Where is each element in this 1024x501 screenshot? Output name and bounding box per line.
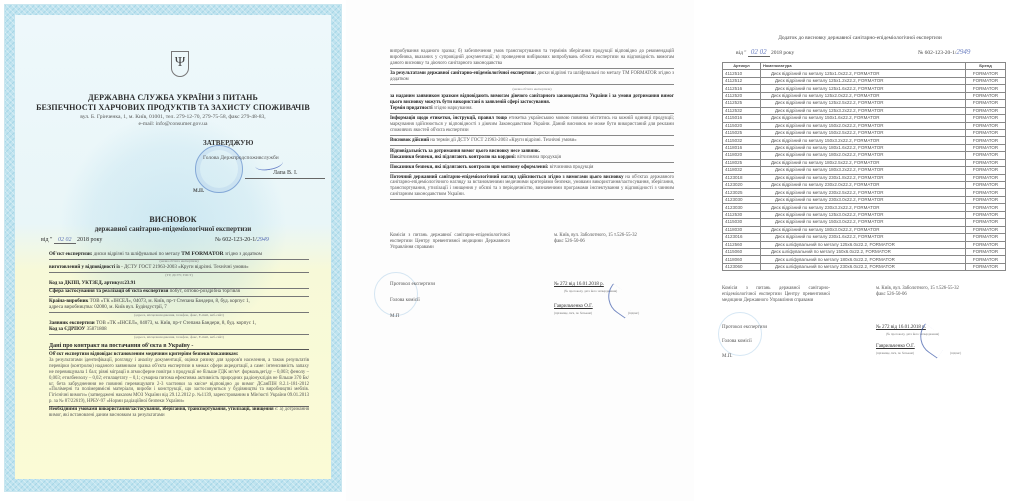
sign-caption: (підпис): [950, 351, 961, 355]
shelf-value: згідно маркування.: [434, 106, 473, 111]
applicant-label: Заявник експертизи: [49, 321, 95, 326]
supervision: Поточний державний санітарно-епідеміолог…: [390, 175, 674, 201]
table-row: 4112530Диск відрізний по металу 125х3.0х…: [723, 211, 1006, 218]
agency-name: ДЕРЖАВНА СЛУЖБА УКРАЇНИ З ПИТАНЬ БЕЗПЕЧН…: [15, 93, 331, 113]
cell-brand: FORMATOR: [966, 263, 1006, 270]
field-made-according: виготовлений у відповідності із - ДСТУ Г…: [49, 265, 309, 273]
edrpou-label: Код за ЄДРПОУ: [49, 327, 85, 332]
table-row: 4123020Диск відрізний по металу 230х2.0х…: [723, 182, 1006, 189]
cell-brand: FORMATOR: [966, 174, 1006, 181]
column-header-nomenclature: Номенклатура: [761, 63, 966, 70]
table-row: 4123016Диск відрізний по металу 230х1.6х…: [723, 234, 1006, 241]
object-caption: (назва об'єкта експертизи): [49, 259, 309, 263]
date-suffix: 2018 року: [77, 237, 102, 243]
chair-label: Голова комісії: [722, 339, 752, 344]
table-row: 4112516Диск відрізний по металу 125х1.6х…: [723, 85, 1006, 92]
cell-article: 4123060: [723, 263, 761, 270]
date-prefix: від ": [41, 237, 53, 243]
compliance-text: за наданим заявником зразком відповідают…: [390, 94, 674, 105]
document-subtitle: державної санітарно-епідеміологічної екс…: [15, 225, 331, 233]
compliance-section: за наданим заявником зразком відповідают…: [390, 94, 674, 106]
cell-article: 4118016: [723, 144, 761, 151]
head-name: Лапа В. І.: [273, 170, 298, 176]
cell-article: 4112560: [723, 241, 761, 248]
cell-brand: FORMATOR: [966, 77, 1006, 84]
supervision-label: Поточний державний санітарно-епідеміолог…: [390, 175, 624, 180]
scope-label: Сфера застосування та реалізації об'єкта…: [49, 289, 168, 294]
table-row: 4115032Диск відрізний по металу 150х3.2х…: [723, 137, 1006, 144]
applicant-value: ТОВ «ТК «ІНСЕЛ», 04073, м. Київ, пр-т Ст…: [96, 321, 256, 326]
date-handwritten: 02 02: [748, 48, 770, 57]
object-tail: згідно з додатком: [225, 252, 262, 257]
table-row: 4118016Диск відрізний по металу 180х1.6х…: [723, 144, 1006, 151]
appendix-date: від " 02 02 2018 року: [736, 48, 794, 56]
table-row: 4118020Диск відрізний по металу 180х2.0х…: [723, 152, 1006, 159]
number-handwritten: 2949: [257, 237, 269, 243]
date-handwritten: 02 02: [54, 237, 76, 244]
cell-brand: FORMATOR: [966, 159, 1006, 166]
protocol-value: № 272 від 16.01.2018 р.: [876, 325, 926, 330]
cell-brand: FORMATOR: [966, 152, 1006, 159]
coat-of-arms-icon: Ψ: [171, 51, 189, 77]
cell-nomenclature: Диск відрізний по металу 180х3.2х22.2, F…: [761, 167, 966, 174]
table-row: 4118060Диск шліфувальний по металу 180х6…: [723, 256, 1006, 263]
faint-stamp-icon: [718, 312, 762, 356]
cell-article: 4115016: [723, 115, 761, 122]
agency-line-2: БЕЗПЕЧНОСТІ ХАРЧОВИХ ПРОДУКТІВ ТА ЗАХИСТ…: [15, 103, 331, 113]
cell-nomenclature: Диск відрізний по металу 150х3.0х22.2, F…: [761, 219, 966, 226]
protocol-label: Протокол експертизи: [390, 282, 435, 287]
made-caption: (ТУ, ДСТУ, ГОСТ): [49, 273, 309, 277]
field-applicant: Заявник експертизи ТОВ «ТК «ІНСЕЛ», 0407…: [49, 321, 309, 335]
agency-address: вул. Б. Грінченка, 1, м. Київ, 01001, те…: [15, 114, 331, 128]
cell-nomenclature: Диск відрізний по металу 125х1.6х22.2, F…: [761, 85, 966, 92]
cell-nomenclature: Диск відрізний по металу 180х3.0х22.2, F…: [761, 226, 966, 233]
appendix-number: № 602-123-20-1/2949: [918, 48, 970, 56]
cell-article: 4115032: [723, 137, 761, 144]
table-row: 4118032Диск відрізний по металу 180х3.2х…: [723, 167, 1006, 174]
country-caption: (адреса, місцезнаходження, телефон, факс…: [49, 313, 309, 317]
cell-nomenclature: Диск відрізний по металу 230х1.6х22.2, F…: [761, 234, 966, 241]
number-prefix: № 602-123-20-1/: [918, 50, 956, 56]
cell-brand: FORMATOR: [966, 248, 1006, 255]
cell-article: 4112510: [723, 70, 761, 77]
commission-contacts: м. Київ, вул. Заболотного, 15 т.526-55-3…: [876, 286, 959, 298]
object-value: диски відрізні та шліфувальні по металу: [94, 252, 180, 257]
sign-caption: (підпис): [628, 311, 639, 315]
cell-brand: FORMATOR: [966, 241, 1006, 248]
cell-brand: FORMATOR: [966, 256, 1006, 263]
cell-brand: FORMATOR: [966, 137, 1006, 144]
commission-name: Комісія з питань державної санітарно-епі…: [722, 286, 830, 304]
table-row: 4115025Диск відрізний по металу 150х2.5х…: [723, 129, 1006, 136]
cell-brand: FORMATOR: [966, 219, 1006, 226]
cell-article: 4112530: [723, 211, 761, 218]
cell-article: 4112516: [723, 85, 761, 92]
cell-article: 4123030: [723, 196, 761, 203]
chair-caption: (прізвище, ім'я, по батькові): [876, 351, 914, 355]
cell-brand: FORMATOR: [966, 85, 1006, 92]
commission-contacts: м. Київ, вул. Заболотного, 15 т.526-55-3…: [554, 233, 637, 245]
cell-article: 4118030: [723, 226, 761, 233]
cell-nomenclature: Диск шліфувальний по металу 150х6.0х22.2…: [761, 248, 966, 255]
cell-brand: FORMATOR: [966, 122, 1006, 129]
table-row: 4115020Диск відрізний по металу 150х2.0х…: [723, 122, 1006, 129]
seal-place: М.П.: [193, 189, 204, 194]
country-value: ТОВ «ТК «ІНСЕЛ», 04073, м. Київ, пр-т Ст…: [90, 299, 250, 304]
chair-label: Голова комісії: [390, 298, 420, 303]
cell-brand: FORMATOR: [966, 226, 1006, 233]
column-header-article: Артикул: [723, 63, 761, 70]
responsibility-text: Відповідальність за дотримання вимог цьо…: [390, 149, 540, 154]
chair-name: Гаврильченко О.Г.: [554, 304, 593, 309]
cell-article: 4123030: [723, 204, 761, 211]
cell-article: 4112525: [723, 100, 761, 107]
table-row: 4112512Диск відрізний по металу 125х1.2х…: [723, 77, 1006, 84]
code-label: Код за ДКПП, УКТЗЕД, артикул:: [49, 281, 124, 286]
cell-nomenclature: Диск відрізний по металу 150х3.2х22.2, F…: [761, 137, 966, 144]
cell-nomenclature: Диск відрізний по металу 125х2.0х22.2, F…: [761, 92, 966, 99]
field-code: Код за ДКПП, УКТЗЕД, артикул:23.91: [49, 281, 309, 289]
chair-caption: (прізвище, ім'я, по батькові): [554, 311, 592, 315]
cell-article: 4115020: [723, 122, 761, 129]
cell-article: 4123018: [723, 174, 761, 181]
address-line: вул. Б. Грінченка, 1, м. Київ, 01001, те…: [15, 114, 331, 121]
border-value: вітчизняна продукція: [517, 155, 561, 160]
criteria-body: За результатами ідентифікації, розгляду …: [49, 358, 309, 404]
protocol-label: Протокол експертизи: [722, 325, 767, 330]
cell-nomenclature: Диск відрізний по металу 230х3.0х22.2, F…: [761, 196, 966, 203]
cell-nomenclature: Диск відрізний по металу 150х2.0х22.2, F…: [761, 122, 966, 129]
document-title: ВИСНОВОК: [15, 215, 331, 224]
email-line: e-mail: info@consumer.gov.ua: [15, 121, 331, 128]
made-label: виготовлений у відповідності із: [49, 265, 120, 270]
cell-nomenclature: Диск відрізний по металу 125х1.0х22.2, F…: [761, 70, 966, 77]
number-prefix: № 602-123-20-1/: [215, 237, 257, 243]
applicant-caption: (адреса, місцезнаходження, телефон, факс…: [49, 335, 309, 339]
field-scope: Сфера застосування та реалізації об'єкта…: [49, 289, 309, 297]
table-row: 4115016Диск відрізний по металу 150х1.6х…: [723, 115, 1006, 122]
table-header-row: Артикул Номенклатура Бренд: [723, 63, 1006, 70]
cell-brand: FORMATOR: [966, 234, 1006, 241]
seal-place: М.П: [390, 314, 399, 319]
border-label: Показники безпеки, які підлягають контро…: [390, 155, 516, 160]
cell-nomenclature: Диск відрізний по металу 230х2.5х22.2, F…: [761, 189, 966, 196]
table-row: 4123060Диск шліфувальний по металу 230х6…: [723, 263, 1006, 270]
cell-article: 4123016: [723, 234, 761, 241]
labeling-label: Інформація щодо етикетки, інструкції, пр…: [390, 116, 507, 121]
cell-nomenclature: Диск відрізний по металу 230х1.8х22.2, F…: [761, 174, 966, 181]
cell-nomenclature: Диск шліфувальний по металу 125х6.0х22.2…: [761, 241, 966, 248]
column-header-brand: Бренд: [966, 63, 1006, 70]
table-row: 4115030Диск відрізний по металу 150х3.0х…: [723, 219, 1006, 226]
testing-paragraph: випробування наданого зразка; б) забезпе…: [390, 49, 674, 69]
date-prefix: від ": [736, 50, 747, 56]
shelf-life: Термін придатності згідно маркування.: [390, 106, 674, 114]
cell-article: 4123025: [723, 189, 761, 196]
cell-article: 4118020: [723, 152, 761, 159]
cell-article: 4112520: [723, 92, 761, 99]
commission-name: Комісія з питань державної санітарно-епі…: [390, 233, 510, 251]
cell-article: 4112532: [723, 107, 761, 114]
cell-brand: FORMATOR: [966, 204, 1006, 211]
agency-line-1: ДЕРЖАВНА СЛУЖБА УКРАЇНИ З ПИТАНЬ: [15, 93, 331, 103]
criteria-heading: Об'єкт експертизи відповідає встановлени…: [49, 352, 238, 357]
cell-nomenclature: Диск відрізний по металу 150х2.5х22.2, F…: [761, 129, 966, 136]
cell-brand: FORMATOR: [966, 70, 1006, 77]
cell-brand: FORMATOR: [966, 92, 1006, 99]
labeling-info: Інформація щодо етикетки, інструкції, пр…: [390, 116, 674, 136]
cell-brand: FORMATOR: [966, 115, 1006, 122]
customs-label: Показники безпеки, які підлягають контро…: [390, 165, 548, 170]
cell-nomenclature: Диск відрізний по металу 125х1.2х22.2, F…: [761, 77, 966, 84]
table-row: 4123018Диск відрізний по металу 230х1.8х…: [723, 174, 1006, 181]
cell-brand: FORMATOR: [966, 196, 1006, 203]
code-value: 23.91: [124, 281, 135, 286]
cell-nomenclature: Диск відрізний по металу 230х3.2х22.2, F…: [761, 204, 966, 211]
cell-brand: FORMATOR: [966, 107, 1006, 114]
cell-article: 4115025: [723, 129, 761, 136]
cell-article: 4115030: [723, 219, 761, 226]
criteria-section: Об'єкт експертизи відповідає встановлени…: [49, 352, 309, 419]
table-row: 4112560Диск шліфувальний по металу 125х6…: [723, 241, 1006, 248]
commission-fax: факс 526-50-06: [876, 292, 959, 298]
object-label: Об'єкт експертизи:: [49, 252, 92, 257]
validity-label: Висновок дійсний: [390, 138, 429, 143]
edrpou-value: 35871808: [87, 327, 107, 332]
certificate-body: Ψ ДЕРЖАВНА СЛУЖБА УКРАЇНИ З ПИТАНЬ БЕЗПЕ…: [15, 15, 331, 479]
certificate-page-1: Ψ ДЕРЖАВНА СЛУЖБА УКРАЇНИ З ПИТАНЬ БЕЗПЕ…: [4, 4, 342, 492]
cell-brand: FORMATOR: [966, 100, 1006, 107]
made-value: - ДСТУ ГОСТ 21963-2003 «Круги відрізні. …: [121, 265, 249, 270]
table-row: 4123030Диск відрізний по металу 230х3.0х…: [723, 196, 1006, 203]
appendix-title: Додаток до висновку державної санітарно-…: [696, 35, 1024, 41]
signature-line: [245, 178, 325, 179]
appendix-page: Додаток до висновку державної санітарно-…: [696, 0, 1024, 501]
faint-stamp-icon: [374, 272, 418, 316]
shelf-label: Термін придатності: [390, 106, 433, 111]
customs-value: вітчизняна продукція: [550, 165, 594, 170]
customs-control: Показники безпеки, які підлягають контро…: [390, 165, 674, 173]
date-suffix: 2018 року: [771, 50, 794, 56]
cell-article: 4123020: [723, 182, 761, 189]
country-label: Країна-виробник: [49, 299, 88, 304]
object-trademark: TM FORMATOR: [181, 251, 223, 257]
table-row: 4112520Диск відрізний по металу 125х2.0х…: [723, 92, 1006, 99]
cell-article: 4118060: [723, 256, 761, 263]
commission-fax: факс 526-50-06: [554, 239, 637, 245]
table-row: 4123025Диск відрізний по металу 230х2.5х…: [723, 189, 1006, 196]
cell-brand: FORMATOR: [966, 211, 1006, 218]
cell-nomenclature: Диск шліфувальний по металу 180х6.0х22.2…: [761, 256, 966, 263]
result-section: За результатами державної санітарно-епід…: [390, 71, 674, 85]
cell-nomenclature: Диск відрізний по металу 125х3.0х22.2, F…: [761, 211, 966, 218]
certificate-page-2: випробування наданого зразка; б) забезпе…: [346, 0, 694, 501]
cell-nomenclature: Диск шліфувальний по металу 230х6.0х22.2…: [761, 263, 966, 270]
result-label: За результатами державної санітарно-епід…: [390, 71, 536, 76]
cell-brand: FORMATOR: [966, 167, 1006, 174]
cell-nomenclature: Диск відрізний по металу 180х1.6х22.2, F…: [761, 144, 966, 151]
cell-article: 4118025: [723, 159, 761, 166]
cell-article: 4112512: [723, 77, 761, 84]
protocol-value: № 272 від 16.01.2018 р.: [554, 282, 604, 287]
issue-date: від " 02 02 2018 року: [41, 237, 102, 243]
cell-brand: FORMATOR: [966, 189, 1006, 196]
document-number: № 602-123-20-1/2949: [215, 237, 269, 243]
cell-article: 4115060: [723, 248, 761, 255]
nomenclature-table: Артикул Номенклатура Бренд 4112510Диск в…: [722, 62, 1006, 271]
cell-nomenclature: Диск відрізний по металу 230х2.0х22.2, F…: [761, 182, 966, 189]
table-row: 4115060Диск шліфувальний по металу 150х6…: [723, 248, 1006, 255]
cell-brand: FORMATOR: [966, 129, 1006, 136]
country-value-2: адреса виробництва: 02000, м. Київ вул. …: [49, 305, 167, 310]
cell-nomenclature: Диск відрізний по металу 125х3.2х22.2, F…: [761, 107, 966, 114]
cell-nomenclature: Диск відрізний по металу 125х2.5х22.2, F…: [761, 100, 966, 107]
page2-body: випробування наданого зразка; б) забезпе…: [390, 49, 674, 202]
cell-brand: FORMATOR: [966, 182, 1006, 189]
border-control: Показники безпеки, які підлягають контро…: [390, 155, 674, 163]
table-row: 4118025Диск відрізний по металу 180х2.5х…: [723, 159, 1006, 166]
table-body: 4112510Диск відрізний по металу 125х1.0х…: [723, 70, 1006, 271]
table-row: 4123030Диск відрізний по металу 230х3.2х…: [723, 204, 1006, 211]
table-row: 4112532Диск відрізний по металу 125х3.2х…: [723, 107, 1006, 114]
validity: Висновок дійсний на термін дії ДСТУ ГОСТ…: [390, 138, 674, 146]
chair-name: Гаврильченко О.Г.: [876, 344, 915, 349]
number-handwritten: 2949: [956, 48, 970, 56]
contract-heading: Дані про контракт на постачання об'єкта …: [49, 343, 309, 350]
field-country: Країна-виробник ТОВ «ТК «ІНСЕЛ», 04073, …: [49, 299, 309, 313]
scope-value: побут, оптово-роздрібна торгівля: [170, 289, 240, 294]
result-caption: (назва об'єкта експертизи): [390, 87, 674, 93]
conditions-heading: Необхідними умовами використання/застосу…: [49, 407, 274, 412]
validity-value: на термін дії ДСТУ ГОСТ 21963-2003 «Круг…: [430, 138, 576, 143]
table-row: 4112525Диск відрізний по металу 125х2.5х…: [723, 100, 1006, 107]
cell-nomenclature: Диск відрізний по металу 150х1.6х22.2, F…: [761, 115, 966, 122]
official-stamp-icon: [195, 145, 243, 193]
cell-nomenclature: Диск відрізний по металу 180х2.5х22.2, F…: [761, 159, 966, 166]
cell-nomenclature: Диск відрізний по металу 180х2.0х22.2, F…: [761, 152, 966, 159]
table-row: 4118030Диск відрізний по металу 180х3.0х…: [723, 226, 1006, 233]
cell-brand: FORMATOR: [966, 144, 1006, 151]
seal-place: М.П.: [722, 354, 733, 359]
cell-article: 4118032: [723, 167, 761, 174]
table-row: 4112510Диск відрізний по металу 125х1.0х…: [723, 70, 1006, 77]
